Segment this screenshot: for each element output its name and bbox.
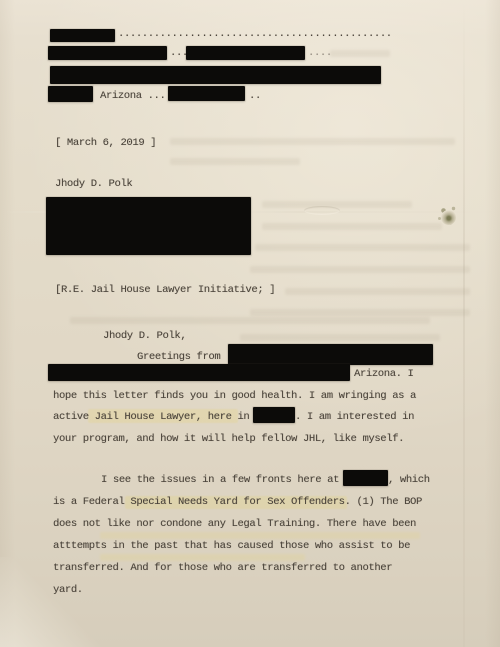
redaction-bar [253,407,295,423]
date-line: [ March 6, 2019 ] [55,136,156,151]
redaction-block [46,197,251,255]
body-line: yard. [53,583,83,598]
body-line: . I am interested in [295,410,414,425]
redaction-bar [343,470,388,486]
paper-crease [463,0,465,647]
bleed-through-text [285,288,470,295]
bleed-through-text [170,158,300,165]
dotted-leader: .... [308,46,332,61]
bleed-through-text [250,309,470,316]
body-line: active Jail House Lawyer, here in [53,410,249,425]
bleed-through-text [255,244,470,251]
body-line: your program, and how it will help fello… [53,432,404,447]
redaction-bar [228,344,433,365]
dotted-leader: ........................................… [118,27,392,42]
redaction-bar [48,86,93,102]
body-line: hope this letter finds you in good healt… [53,389,416,404]
bleed-through-text [262,201,412,208]
body-line: atttempts in the past that has caused th… [53,539,410,554]
body-line: is a Federal Special Needs Yard for Sex … [53,495,422,510]
body-line: does not like nor condone any Legal Trai… [53,517,416,532]
redaction-bar [48,46,167,60]
subject-line: [R.E. Jail House Lawyer Initiative; ] [55,283,275,298]
dotted-leader: .. [249,89,261,104]
body-line: I see the issues in a few fronts here at [101,473,339,488]
body-line: transferred. And for those who are trans… [53,561,392,576]
body-line: Arizona. I [354,367,414,382]
redaction-bar [186,46,305,60]
sender-name: Jhody D. Polk [55,177,132,192]
redaction-bar [50,66,381,84]
bleed-through-text [240,334,440,341]
redaction-bar [50,29,115,42]
stain-mark [441,210,456,225]
highlight-mark [100,532,420,539]
greeting-lead: Greetings from [137,350,220,365]
scanned-letter-page: ........................................… [0,0,500,647]
body-line: , which [388,473,430,488]
bleed-through-text [262,223,442,230]
bleed-through-text [250,266,470,273]
salutation: Jhody D. Polk, [103,329,186,344]
highlight-mark [100,554,305,561]
bleed-through-text [330,50,390,57]
bleed-through-text [70,317,430,324]
redaction-bar [48,364,350,381]
bleed-through-text [170,138,455,145]
address-line-arizona: Arizona ... [100,89,165,104]
redaction-bar [168,86,245,101]
